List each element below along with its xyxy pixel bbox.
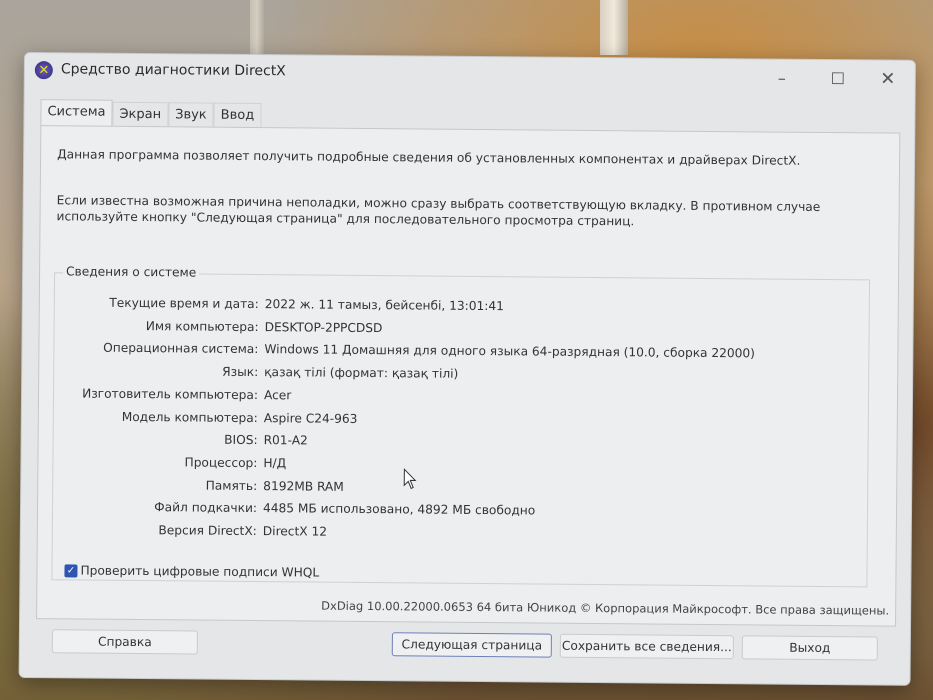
info-label: Операционная система: (103, 341, 258, 356)
next-page-button[interactable]: Следующая страница (392, 632, 552, 657)
whql-checkbox-row[interactable]: ✓ Проверить цифровые подписи WHQL (64, 563, 319, 579)
info-label: Изготовитель компьютера: (82, 386, 258, 402)
maximize-button[interactable]: ☐ (815, 64, 861, 92)
title-bar[interactable]: ✕ Средство диагностики DirectX – ☐ ✕ (25, 53, 915, 101)
close-button[interactable]: ✕ (865, 64, 911, 92)
info-label: Процессор: (185, 455, 258, 470)
info-value: DirectX 12 (263, 524, 327, 539)
mouse-cursor-icon (403, 468, 417, 490)
wallpaper-birch-trunk (250, 0, 264, 55)
info-value: 4485 МБ использовано, 4892 МБ свободно (263, 501, 535, 517)
info-value: Aspire C24-963 (264, 411, 358, 426)
info-value: Н/Д (263, 456, 286, 470)
wallpaper-birch-trunk (600, 0, 628, 55)
info-label: Память: (206, 478, 258, 492)
info-value: DESKTOP-2PPCDSD (265, 320, 383, 335)
tab-input[interactable]: Ввод (214, 103, 262, 128)
info-label: Текущие время и дата: (109, 296, 259, 311)
info-label: Имя компьютера: (146, 319, 259, 334)
tab-bar: Система Экран Звук Ввод (40, 101, 261, 127)
group-title: Сведения о системе (63, 264, 199, 279)
info-value: R01-A2 (264, 433, 308, 447)
info-label: Версия DirectX: (158, 523, 256, 538)
info-label: BIOS: (224, 433, 258, 447)
info-label: Модель компьютера: (122, 409, 258, 424)
window-title: Средство диагностики DirectX (61, 61, 286, 79)
info-value: Acer (264, 388, 291, 402)
info-row: Версия DirectX:DirectX 12 (53, 522, 853, 549)
tab-system[interactable]: Система (40, 99, 112, 127)
tab-display[interactable]: Экран (112, 102, 168, 127)
copyright-text: DxDiag 10.00.22000.0653 64 бита Юникод ©… (321, 599, 889, 618)
info-label: Файл подкачки: (154, 500, 257, 515)
info-value: Windows 11 Домашняя для одного языка 64-… (264, 343, 755, 361)
save-all-info-button[interactable]: Сохранить все сведения... (560, 634, 734, 660)
info-value: 8192MB RAM (263, 479, 344, 494)
exit-button[interactable]: Выход (742, 635, 878, 660)
whql-checkbox[interactable]: ✓ (64, 564, 77, 577)
whql-checkbox-label: Проверить цифровые подписи WHQL (80, 564, 319, 580)
info-value: 2022 ж. 11 тамыз, бейсенбі, 13:01:41 (265, 297, 504, 313)
help-button[interactable]: Справка (52, 629, 198, 654)
info-label: Язык: (222, 365, 258, 379)
intro-text: Данная программа позволяет получить подр… (57, 146, 877, 169)
directx-icon: ✕ (35, 61, 53, 79)
tab-sound[interactable]: Звук (168, 102, 214, 127)
dxdiag-window: ✕ Средство диагностики DirectX – ☐ ✕ Сис… (19, 52, 916, 686)
system-tab-panel: Данная программа позволяет получить подр… (36, 125, 900, 626)
system-info-group: Сведения о системе Текущие время и дата:… (51, 272, 870, 587)
minimize-button[interactable]: – (759, 63, 805, 91)
intro-hint-text: Если известна возможная причина неполадк… (56, 192, 876, 231)
info-value: қазақ тілі (формат: қазақ тілі) (264, 365, 458, 381)
